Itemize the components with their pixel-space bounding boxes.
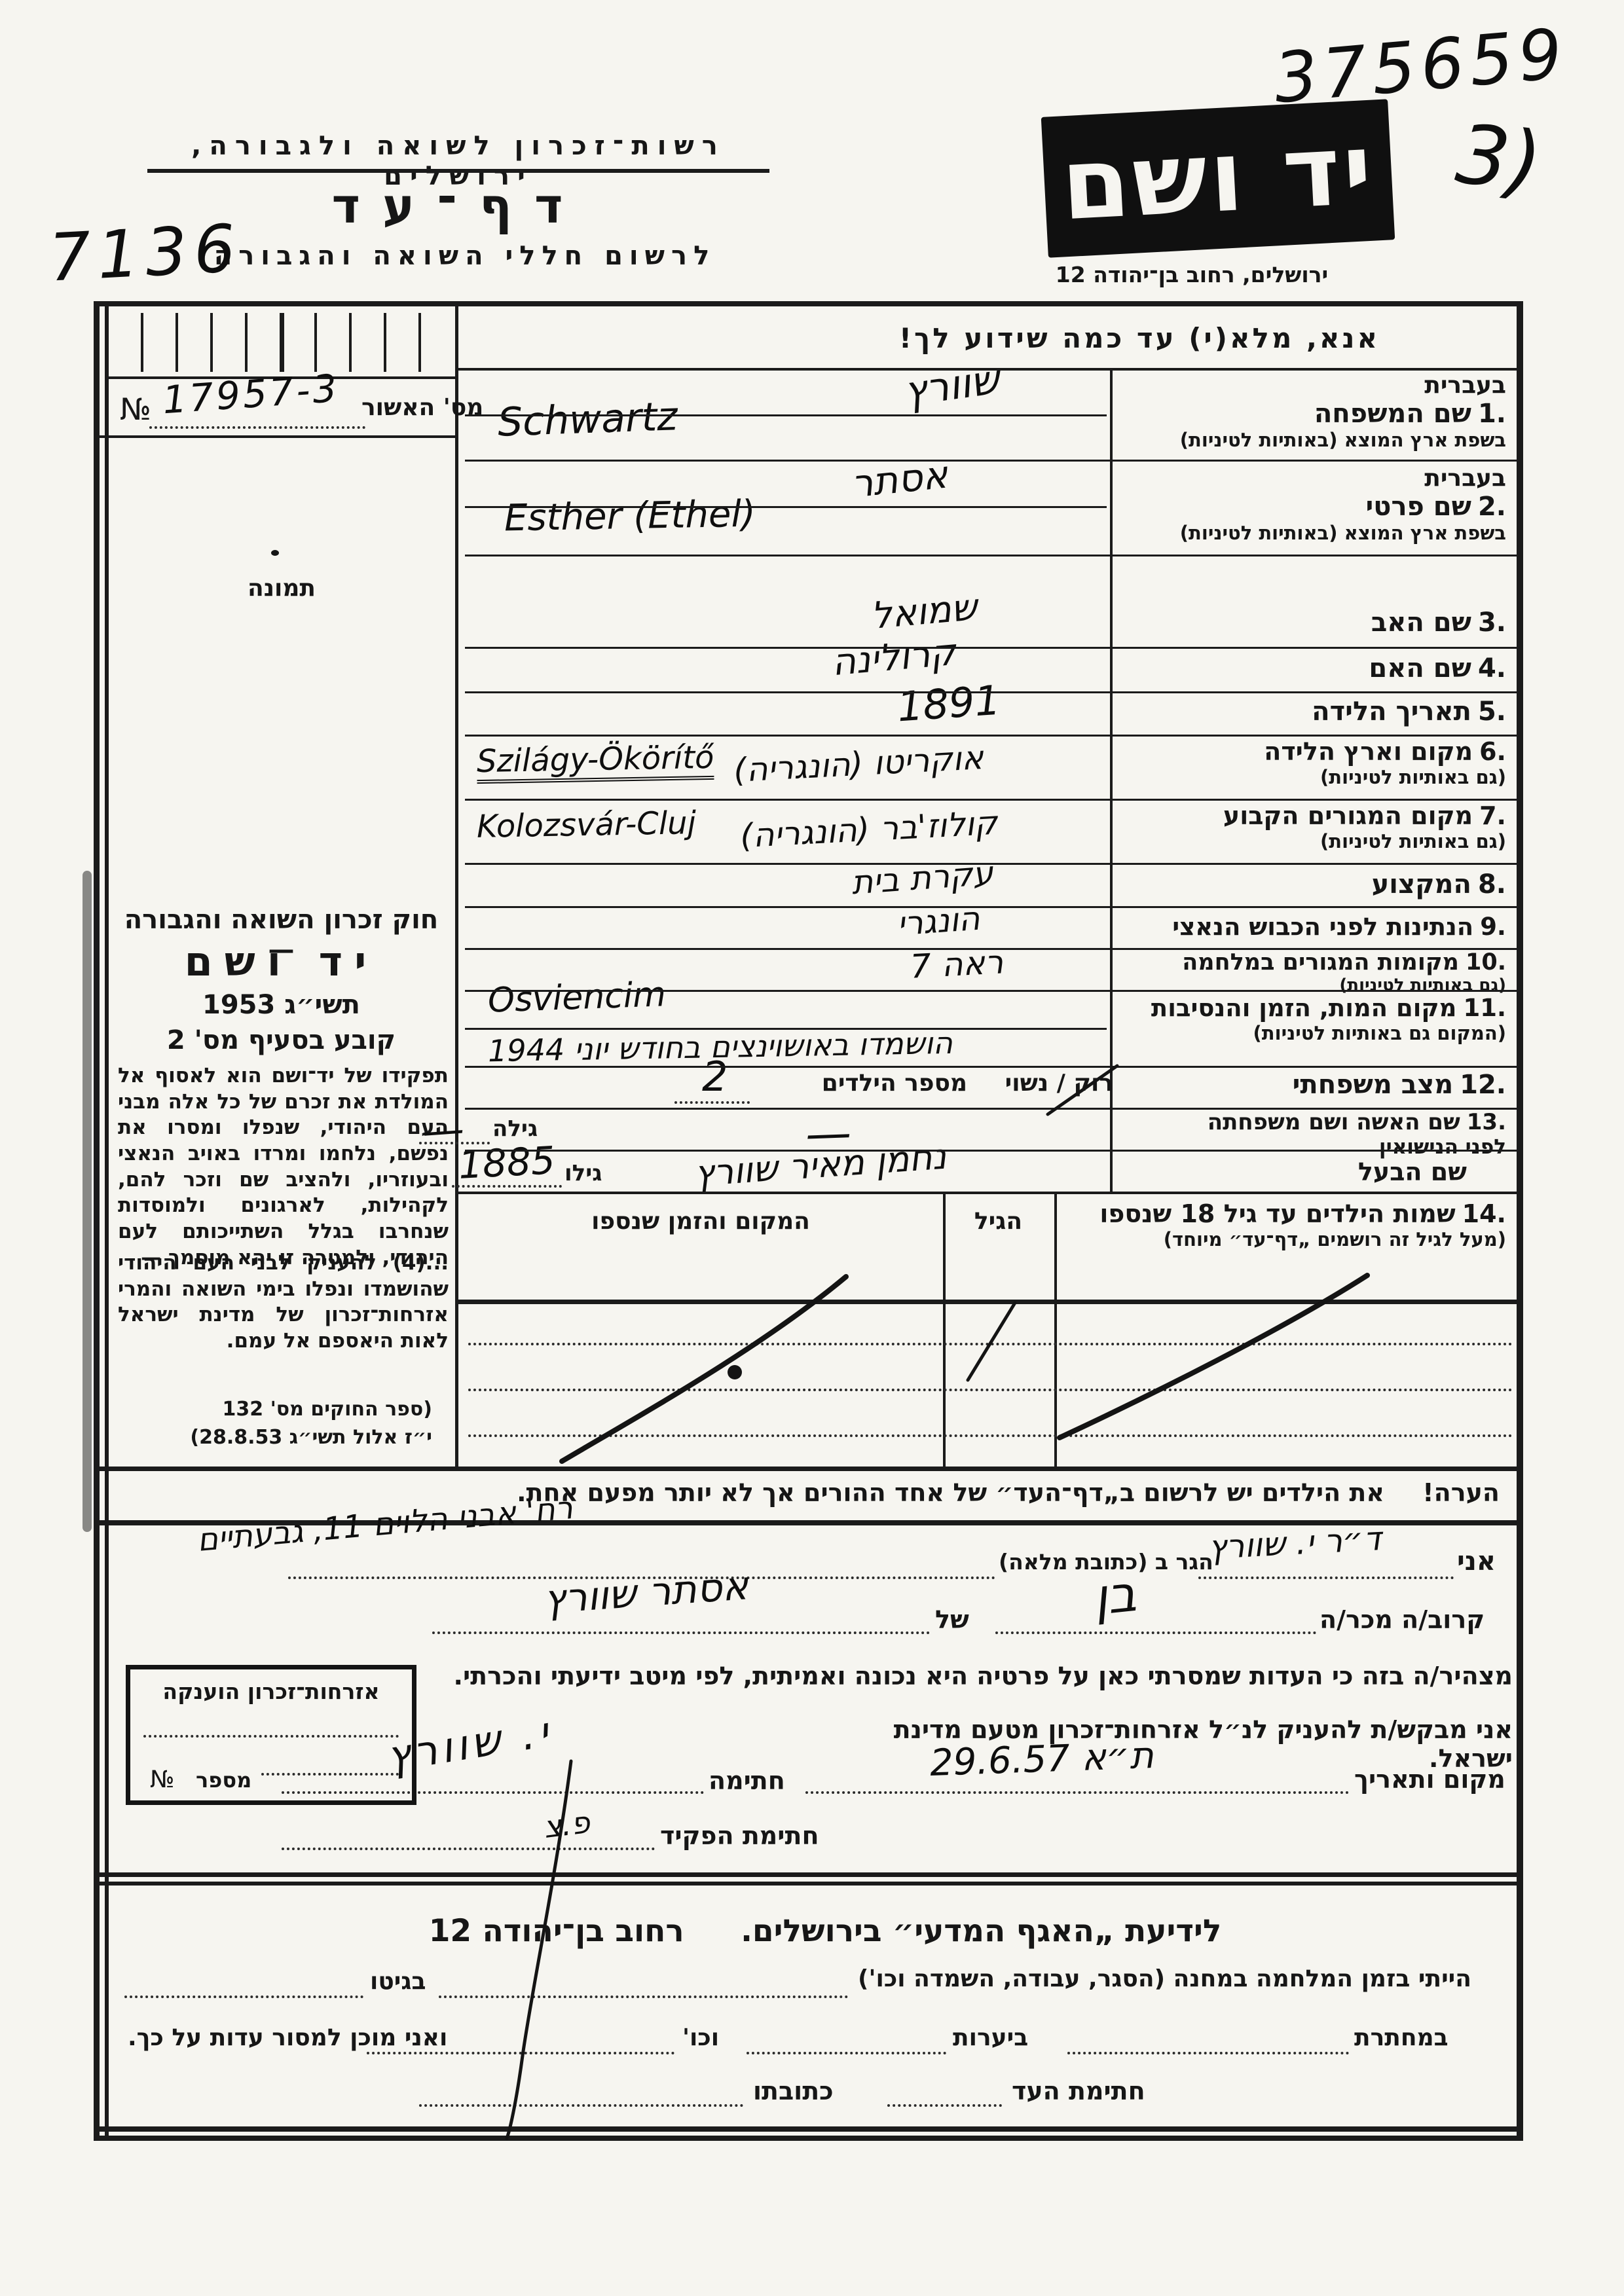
field-label-14: 14.שמות הילדים עד גיל 18 שנספו (מעל לגיל… [1067, 1199, 1506, 1250]
hw-father-name: שמואל [869, 586, 978, 638]
section-rule-upper [94, 1872, 1523, 1877]
wife-age-label: גילה [492, 1116, 538, 1142]
ready-to-testify-label: ואני מוכן למסור עדות על כך. [128, 2024, 447, 2051]
hw-of-name: אסתר שוורץ [542, 1563, 750, 1623]
hw-residence-latin: Kolozsvár-Cluj [477, 805, 697, 845]
hw-relation: בן [1091, 1564, 1139, 1626]
place-date-label: מקום ותאריך [1354, 1765, 1505, 1794]
address-line: ירושלים, רחוב בן־יהודה 12 [969, 262, 1414, 287]
tick-mark [418, 313, 421, 372]
field-label-12: 12.מצב משפחתי [1116, 1070, 1506, 1100]
field-label-6: 6.מקום וארץ הלידה (גם באותיות לטיניות) [1116, 737, 1506, 788]
witness-i-label: אני [1457, 1546, 1496, 1576]
witness-name-dotted [1198, 1576, 1454, 1579]
rule [465, 990, 1517, 992]
field-label-3: 3.שם האב [1116, 608, 1506, 638]
citizenship-box-title: אזרחות־זכרון הוענקה [130, 1679, 412, 1704]
photo-placeholder-label: תמונה [196, 575, 367, 602]
field-label-2: בעברית 2.שם פרטי בשפת ארץ המוצא (באותיות… [1116, 465, 1506, 544]
table-row-dotted [468, 1389, 1513, 1391]
underground-label: במחתרת [1354, 2024, 1449, 2051]
law-body: תפקידו של יד־ושם הוא לאסוף אל המולדת את … [118, 1063, 449, 1271]
forests-label: ביערות [953, 2024, 1028, 2051]
witness-address-label: כתובתו [753, 2077, 834, 2105]
witness-relation-label: קרוב/ה מכר/ה [1319, 1605, 1485, 1634]
children-count-label: מספר הילדים [822, 1070, 967, 1097]
rule [465, 506, 1107, 508]
clerk-signature-label: חתימת הפקיד [660, 1821, 819, 1850]
law-body-clause4: ...(4) להעניק לבני העם היהודי שהושמדו ונ… [118, 1250, 449, 1355]
relation-dotted [995, 1631, 1316, 1634]
place-date-dotted [805, 1791, 1349, 1794]
hw-mother-name: קרולינה [830, 631, 958, 684]
rule [465, 799, 1517, 801]
rule [458, 1192, 1517, 1194]
rule [465, 1028, 1107, 1030]
law-source-line1: (ספר החוקים מס' 132 [118, 1398, 432, 1421]
forests-dotted [747, 2052, 946, 2054]
note-row: הערה! את הילדים יש לרשום ב„דף־העד״ של אח… [131, 1478, 1500, 1507]
tick-mark [175, 313, 178, 372]
table-col-place-header: המקום והזמן שנספו [471, 1208, 930, 1235]
hw-clerk-initials: פ.צ [542, 1804, 592, 1845]
field-2-language: בעברית [1116, 465, 1506, 492]
approval-dotted-line [149, 426, 365, 429]
numero-sign: № [150, 1766, 174, 1793]
hw-place-date: ת״א 29.6.57 [929, 1734, 1154, 1785]
hw-firstname-latin: Esther (Ethel) [504, 493, 756, 540]
intro-instruction: אנא, מלא(י) עד כמה שידוע לך! [766, 322, 1513, 354]
ink-blot [728, 1365, 742, 1379]
rule [97, 435, 455, 438]
hw-file-annotation: (3 [1452, 107, 1547, 211]
hw-death-place-latin: Osviencim [487, 975, 667, 1020]
field-label-11: 11.מקום המות, הזמן והנסיבות (המקום גם בא… [1116, 994, 1506, 1044]
tick-mark [384, 313, 386, 372]
box-border-left-inner [105, 301, 109, 2141]
field-label-7: 7.מקום המגורים הקבוע (גם באותיות לטיניות… [1116, 801, 1506, 852]
hw-witness-name: ד״ר י. שוורץ [1208, 1520, 1382, 1567]
law-source-line2: י״ז אלול תשי״ג 28.8.53) [118, 1426, 432, 1449]
tick-mark [314, 313, 317, 372]
marital-status-options: רוק / נשוי מספר הילדים [747, 1070, 1113, 1097]
hw-residence-hebrew: קולוז'בר (הונגריה) [739, 804, 999, 856]
form-subtitle: לרשום חללי השואה והגבורה [170, 241, 760, 271]
section-rule-lower [94, 1882, 1523, 1886]
scientific-dept-heading-text: לידיעת „האגף המדעי״ בירושלים. [741, 1913, 1221, 1949]
etc-dotted [367, 2052, 674, 2054]
witness-of-label: של [935, 1605, 969, 1634]
rule [465, 1150, 1517, 1152]
ink-speck [271, 550, 279, 556]
hw-serial-number: 7136 [47, 210, 244, 296]
field-label-8: 8.המקצוע [1116, 869, 1506, 900]
hw-birth-date: 1891 [896, 676, 1003, 731]
camp-line-label: הייתי בזמן המלחמה במחנה (הסגר, עבודה, הש… [858, 1965, 1471, 1992]
husband-age-label: גילו [564, 1160, 602, 1186]
numero-sign: № [120, 392, 151, 427]
tick-mark [210, 313, 213, 372]
law-year: תשי״ג 1953 [113, 990, 450, 1020]
hw-surname-latin: Schwartz [497, 393, 678, 446]
tick-mark [245, 313, 248, 372]
signature-label: חתימה [709, 1766, 785, 1795]
witness-signature-dotted [887, 2104, 1002, 2107]
ghetto-dotted [124, 1995, 363, 1998]
rule [465, 948, 1517, 950]
rule [465, 691, 1517, 693]
camp-dotted [439, 1995, 848, 1998]
clerk-signature-dotted [282, 1848, 655, 1850]
witness-declaration: מצהיר/ה בזה כי העדות שמסרתי כאן על פרטיה… [275, 1662, 1513, 1690]
labels-column-divider [1110, 368, 1113, 1192]
tick-mark [280, 313, 284, 372]
scientific-dept-heading: לידיעת „האגף המדעי״ בירושלים. רחוב בן־יה… [262, 1913, 1388, 1949]
hw-approval-number: 17957-3 [161, 366, 341, 423]
citizenship-dotted [143, 1735, 399, 1738]
table-bottom-rule [94, 1467, 1523, 1471]
note-title: הערה! [1422, 1478, 1500, 1507]
hw-husband-age: 1885 [457, 1138, 556, 1188]
table-row-dotted [468, 1434, 1513, 1437]
law-clause: קובע בסעיף מס' 2 [113, 1025, 450, 1055]
rule [465, 1066, 1517, 1068]
law-yad-vashem-logo: יד ושם [113, 938, 450, 985]
box-border-right [1517, 301, 1523, 2141]
rule [465, 735, 1517, 737]
ghetto-label: בגיטו [370, 1968, 426, 1995]
husband-name-label: שם הבעל [1116, 1157, 1467, 1186]
citizenship-granted-box: אזרחות־זכרון הוענקה מספר № [126, 1665, 416, 1805]
testimony-page: רשות־זכרון לשואה ולגבורה, ירושלים דף־עד … [0, 0, 1624, 2296]
hw-husband-name: נחמן מאיר שוורץ [693, 1136, 948, 1195]
table-cross-stroke-left [562, 1277, 846, 1461]
rule [465, 1108, 1517, 1110]
table-cross-stroke-middle [968, 1303, 1015, 1380]
witness-address-dotted-2 [419, 2104, 743, 2107]
table-row-dotted [468, 1343, 1513, 1345]
scientific-dept-address: רחוב בן־יהודה 12 [429, 1913, 684, 1949]
field-label-1: בעברית 1.שם המשפחה בשפת ארץ המוצא (באותי… [1116, 372, 1506, 451]
field-label-5: 5.תאריך הלידה [1116, 697, 1506, 727]
hw-birthplace-hebrew: אוקריטו (הונגריה) [733, 738, 984, 790]
hw-surname-hebrew: שוורץ [901, 355, 1003, 416]
table-divider [943, 1192, 946, 1467]
field-label-10: 10.מקומות המגורים במלחמה (גם באותיות לטי… [1116, 949, 1506, 995]
hw-birthplace-latin: Szilágy-Ökörítő [476, 739, 714, 784]
approval-number-label: מס' האשור [361, 394, 483, 421]
marital-options-text: רוק / נשוי [1005, 1070, 1113, 1097]
hw-children-count: 2 [702, 1053, 728, 1101]
rule [465, 863, 1517, 865]
rule [465, 906, 1517, 908]
table-col-age-header: הגיל [944, 1208, 1052, 1235]
citizenship-number-label: מספר [196, 1768, 251, 1793]
table-header-rule [458, 1300, 1517, 1304]
yad-vashem-stamp: יד ושם [1041, 99, 1395, 257]
note-text: את הילדים יש לרשום ב„דף־העד״ של אחד ההור… [517, 1478, 1384, 1507]
rule [465, 647, 1517, 649]
of-name-dotted [432, 1631, 930, 1634]
box-border-left-outer [94, 301, 100, 2141]
field-1-language: בעברית [1116, 372, 1506, 399]
rule [465, 555, 1517, 556]
field-label-9: 9.הנתינות לפני הכבוש הנאצי [1116, 913, 1506, 941]
citizenship-number-dotted [261, 1773, 399, 1776]
rule [465, 460, 1517, 462]
children-count-dotted [674, 1101, 750, 1104]
box-border-top [94, 301, 1523, 306]
header-rule [147, 169, 769, 173]
tick-mark [349, 313, 352, 372]
etc-label: וכו' [682, 2024, 719, 2051]
box-border-bottom-outer [94, 2126, 1523, 2132]
underground-dotted [1067, 2052, 1349, 2054]
scan-edge-artifact [83, 871, 92, 1532]
tick-mark [141, 313, 143, 372]
table-divider [1054, 1192, 1057, 1467]
witness-signature-label: חתימת העד [1012, 2077, 1145, 2105]
left-column-divider [455, 301, 458, 1467]
box-border-bottom-inner [94, 2136, 1523, 2141]
rule [465, 414, 1107, 416]
hw-profession: עקרת בית [850, 854, 994, 902]
field-label-4: 4.שם האם [1116, 653, 1506, 683]
